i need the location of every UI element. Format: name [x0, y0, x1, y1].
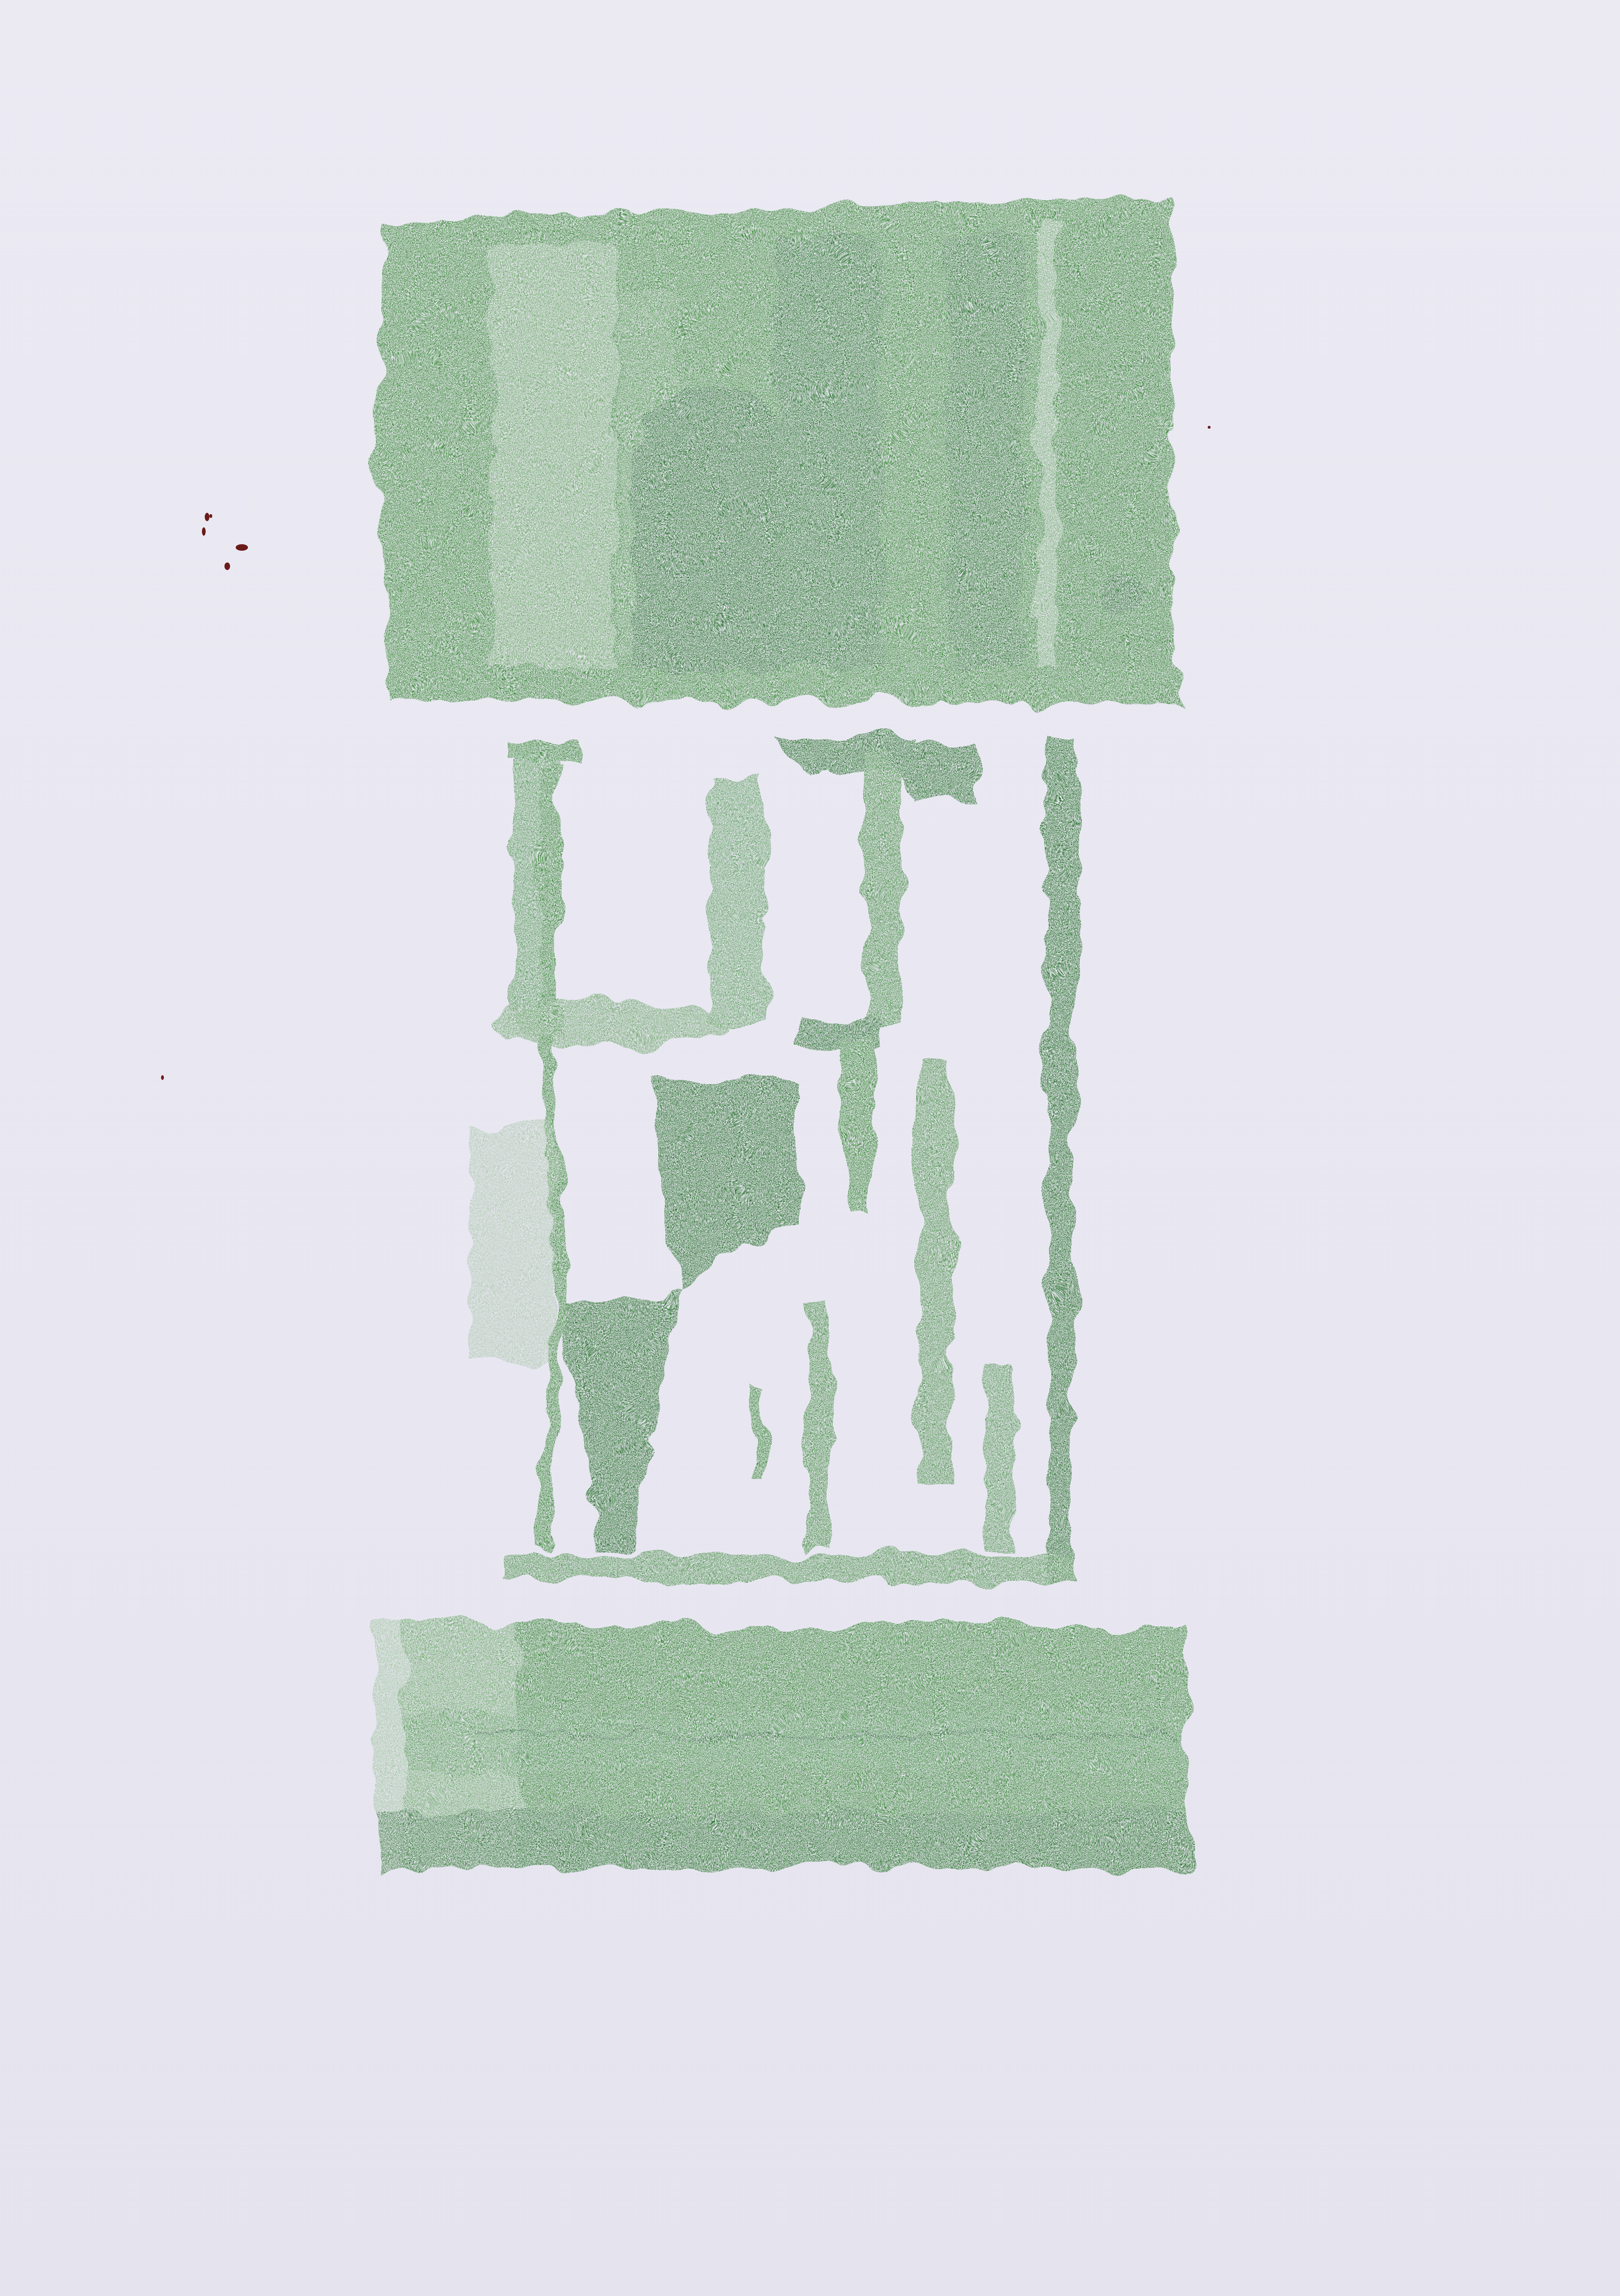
green-monoprint-artwork — [0, 0, 1620, 2296]
middle-band — [470, 737, 1075, 1582]
top-band — [376, 197, 1183, 704]
scanned-print-page — [0, 0, 1620, 2296]
bottom-band — [376, 1625, 1188, 1869]
